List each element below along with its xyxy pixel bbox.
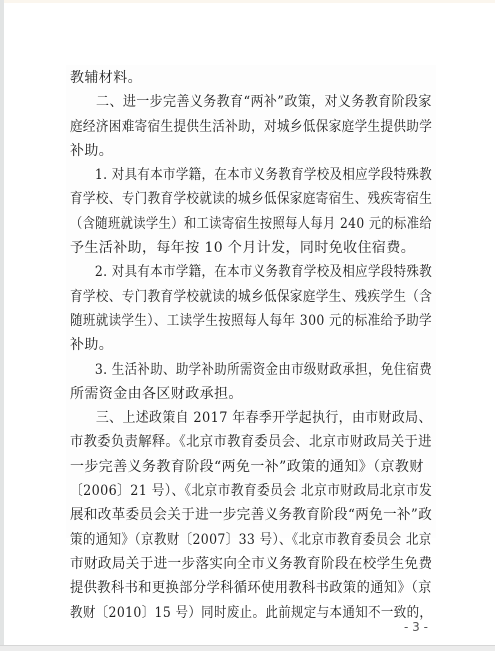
text-line: 策的通知》（京教财〔2007〕33 号）、《北京市教育委员会 北京	[70, 528, 394, 552]
text-line: 庭经济困难寄宿生提供生活补助，对城乡低保家庭学生提供助学	[70, 115, 395, 139]
text-line: 补助。	[70, 333, 432, 357]
text-line: 育学校、专门教育学校就读的城乡低保家庭寄宿生、残疾寄宿生	[70, 187, 395, 211]
text-line: 教财〔2010〕15 号）同时废止。此前规定与本通知不一致的，	[70, 601, 393, 625]
bottom-edge	[0, 645, 495, 651]
text-line: 展和改革委员会关于进一步完善义务教育阶段“两免一补”政	[70, 503, 419, 527]
item-1: 1. 对具有本市学籍，在本市义务教育学校及相应学段特殊教	[70, 163, 392, 187]
text-line: 补助。	[70, 139, 432, 163]
text-line: （含随班就读学生）和工读寄宿生按照每人每月 240 元的标准给	[70, 212, 388, 236]
text-line: 随班就读学生）、工读学生按照每人每年 300 元的标准给予助学	[70, 309, 394, 333]
text-line: 所需资金由各区财政承担。	[70, 382, 432, 406]
page-number: - 3 -	[404, 620, 428, 634]
section-two-heading: 二、进一步完善义务教育“两补”政策，对义务教育阶段家	[70, 90, 407, 114]
top-edge	[0, 0, 495, 3]
left-edge	[0, 0, 4, 651]
text-line: 市财政局关于进一步落实向全市义务教育阶段在校学生免费	[70, 552, 420, 576]
text-line: 育学校、专门教育学校就读的城乡低保家庭学生、残疾学生（含	[70, 285, 395, 309]
text-line: 〔2006〕21 号）、《北京市教育委员会 北京市财政局北京市发	[70, 479, 400, 503]
item-2: 2. 对具有本市学籍，在本市义务教育学校及相应学段特殊教	[70, 260, 392, 284]
item-3: 3. 生活补助、助学补助所需资金由市级财政承担，免住宿费	[70, 358, 392, 382]
text-line: 市教委负责解释。《北京市教育委员会、北京市财政局关于进	[70, 430, 413, 454]
text-line: 教辅材料。	[70, 66, 432, 90]
section-three-heading: 三、上述政策自 2017 年春季开学起执行，由市财政局、	[70, 406, 404, 430]
document-body: 教辅材料。 二、进一步完善义务教育“两补”政策，对义务教育阶段家 庭经济困难寄宿…	[70, 66, 432, 625]
text-line: 予生活补助，每年按 10 个月计发，同时免收住宿费。	[70, 236, 432, 260]
text-line: 一步完善义务教育阶段“两免一补”政策的通知》（京教财	[70, 455, 432, 479]
text-line: 提供教科书和更换部分学科循环使用教科书政策的通知》（京	[70, 576, 413, 600]
